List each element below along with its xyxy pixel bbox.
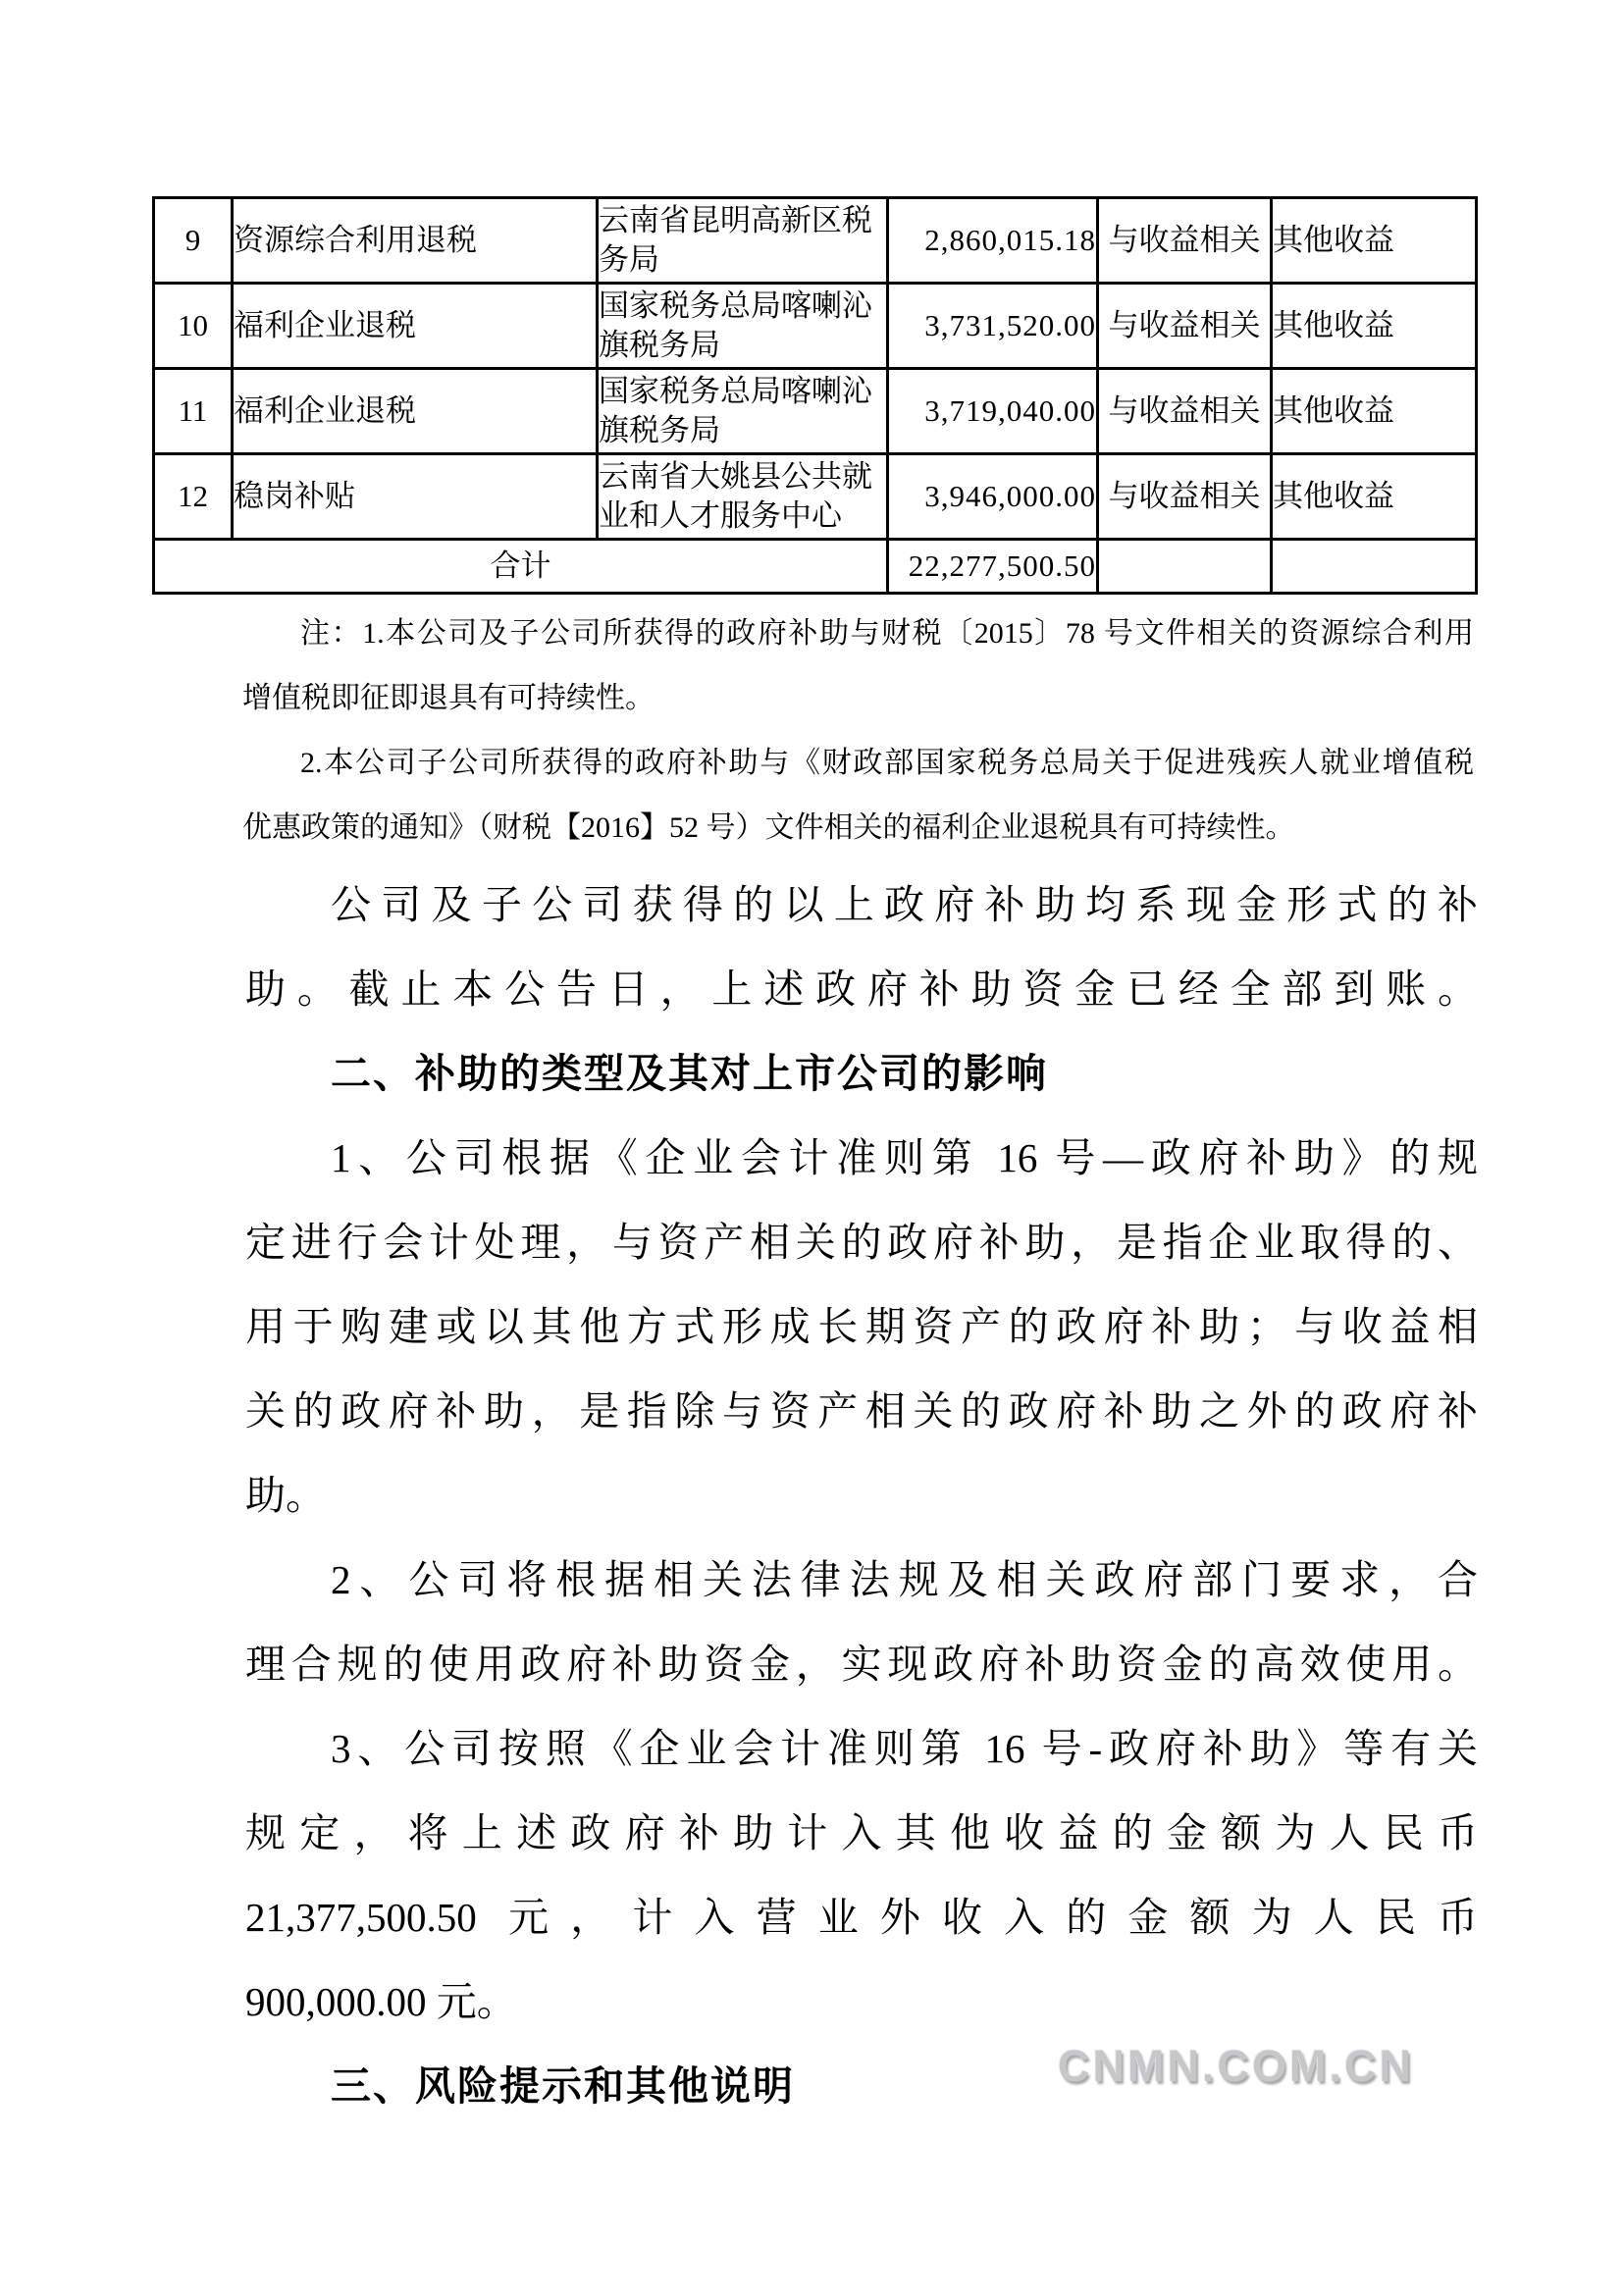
document-page: 9 资源综合利用退税 云南省昆明高新区税务局 2,860,015.18 与收益相… — [0, 0, 1624, 2296]
cell-account-type: 其他收益 — [1272, 198, 1477, 284]
site-watermark: CNMN.COM.CN — [1058, 2041, 1414, 2092]
cell-row-number: 11 — [154, 369, 233, 454]
body-line: 关的政府补助，是指除与资产相关的政府补助之外的政府补 — [245, 1386, 1478, 1435]
body-line: 理合规的使用政府补助资金，实现政府补助资金的高效使用。 — [245, 1640, 1478, 1689]
cell-relation-type: 与收益相关 — [1098, 369, 1272, 454]
body-line: 规定，将上述政府补助计入其他收益的金额为人民币 — [245, 1808, 1478, 1857]
body-line: 21,377,500.50 元，计入营业外收入的金额为人民币 — [245, 1893, 1478, 1942]
cell-relation-type: 与收益相关 — [1098, 198, 1272, 284]
table-row: 12 稳岗补贴 云南省大姚县公共就业和人才服务中心 3,946,000.00 与… — [154, 454, 1477, 540]
body-line: 1、公司根据《企业会计准则第 16 号—政府补助》的规 — [331, 1133, 1478, 1182]
cell-grant-authority: 国家税务总局喀喇沁旗税务局 — [598, 369, 888, 454]
note-line: 增值税即征即退具有可持续性。 — [242, 681, 655, 716]
body-line: 助。 — [245, 1471, 1478, 1520]
cell-grant-authority: 云南省昆明高新区税务局 — [598, 198, 888, 284]
cell-subsidy-name: 稳岗补贴 — [233, 454, 598, 540]
cell-total-amount: 22,277,500.50 — [888, 540, 1098, 594]
cell-subsidy-name: 福利企业退税 — [233, 284, 598, 369]
body-line: 公司及子公司获得的以上政府补助均系现金形式的补 — [331, 880, 1478, 929]
cell-account-type: 其他收益 — [1272, 454, 1477, 540]
cell-subsidy-name: 资源综合利用退税 — [233, 198, 598, 284]
cell-grant-authority: 国家税务总局喀喇沁旗税务局 — [598, 284, 888, 369]
note-line: 注：1.本公司及子公司所获得的政府补助与财税〔2015〕78 号文件相关的资源综… — [300, 616, 1474, 652]
cell-grant-authority: 云南省大姚县公共就业和人才服务中心 — [598, 454, 888, 540]
cell-relation-type: 与收益相关 — [1098, 284, 1272, 369]
table-row: 11 福利企业退税 国家税务总局喀喇沁旗税务局 3,719,040.00 与收益… — [154, 369, 1477, 454]
cell-total-label: 合计 — [154, 540, 888, 594]
table-row: 9 资源综合利用退税 云南省昆明高新区税务局 2,860,015.18 与收益相… — [154, 198, 1477, 284]
body-line: 助。截止本公告日，上述政府补助资金已经全部到账。 — [245, 965, 1478, 1014]
table-total-row: 合计 22,277,500.50 — [154, 540, 1477, 594]
cell-relation-type: 与收益相关 — [1098, 454, 1272, 540]
cell-account-type: 其他收益 — [1272, 284, 1477, 369]
body-line: 用于购建或以其他方式形成长期资产的政府补助；与收益相 — [245, 1302, 1478, 1351]
subsidy-table: 9 资源综合利用退税 云南省昆明高新区税务局 2,860,015.18 与收益相… — [152, 196, 1478, 595]
cell-subsidy-name: 福利企业退税 — [233, 369, 598, 454]
section-heading: 二、补助的类型及其对上市公司的影响 — [331, 1049, 1478, 1098]
note-line: 优惠政策的通知》（财税【2016】52 号）文件相关的福利企业退税具有可持续性。 — [242, 810, 1295, 846]
body-line: 定进行会计处理，与资产相关的政府补助，是指企业取得的、 — [245, 1218, 1478, 1267]
cell-account-type: 其他收益 — [1272, 369, 1477, 454]
cell-amount: 3,719,040.00 — [888, 369, 1098, 454]
cell-row-number: 12 — [154, 454, 233, 540]
cell-amount: 3,731,520.00 — [888, 284, 1098, 369]
note-line: 2.本公司子公司所获得的政府补助与《财政部国家税务总局关于促进残疾人就业增值税 — [300, 746, 1474, 781]
empty-cell — [1098, 540, 1272, 594]
cell-amount: 2,860,015.18 — [888, 198, 1098, 284]
body-line: 2、公司将根据相关法律法规及相关政府部门要求，合 — [331, 1555, 1478, 1604]
cell-row-number: 9 — [154, 198, 233, 284]
body-line: 900,000.00 元。 — [245, 1977, 1478, 2026]
empty-cell — [1272, 540, 1477, 594]
body-line: 3、公司按照《企业会计准则第 16 号-政府补助》等有关 — [331, 1724, 1478, 1773]
cell-row-number: 10 — [154, 284, 233, 369]
cell-amount: 3,946,000.00 — [888, 454, 1098, 540]
table-row: 10 福利企业退税 国家税务总局喀喇沁旗税务局 3,731,520.00 与收益… — [154, 284, 1477, 369]
